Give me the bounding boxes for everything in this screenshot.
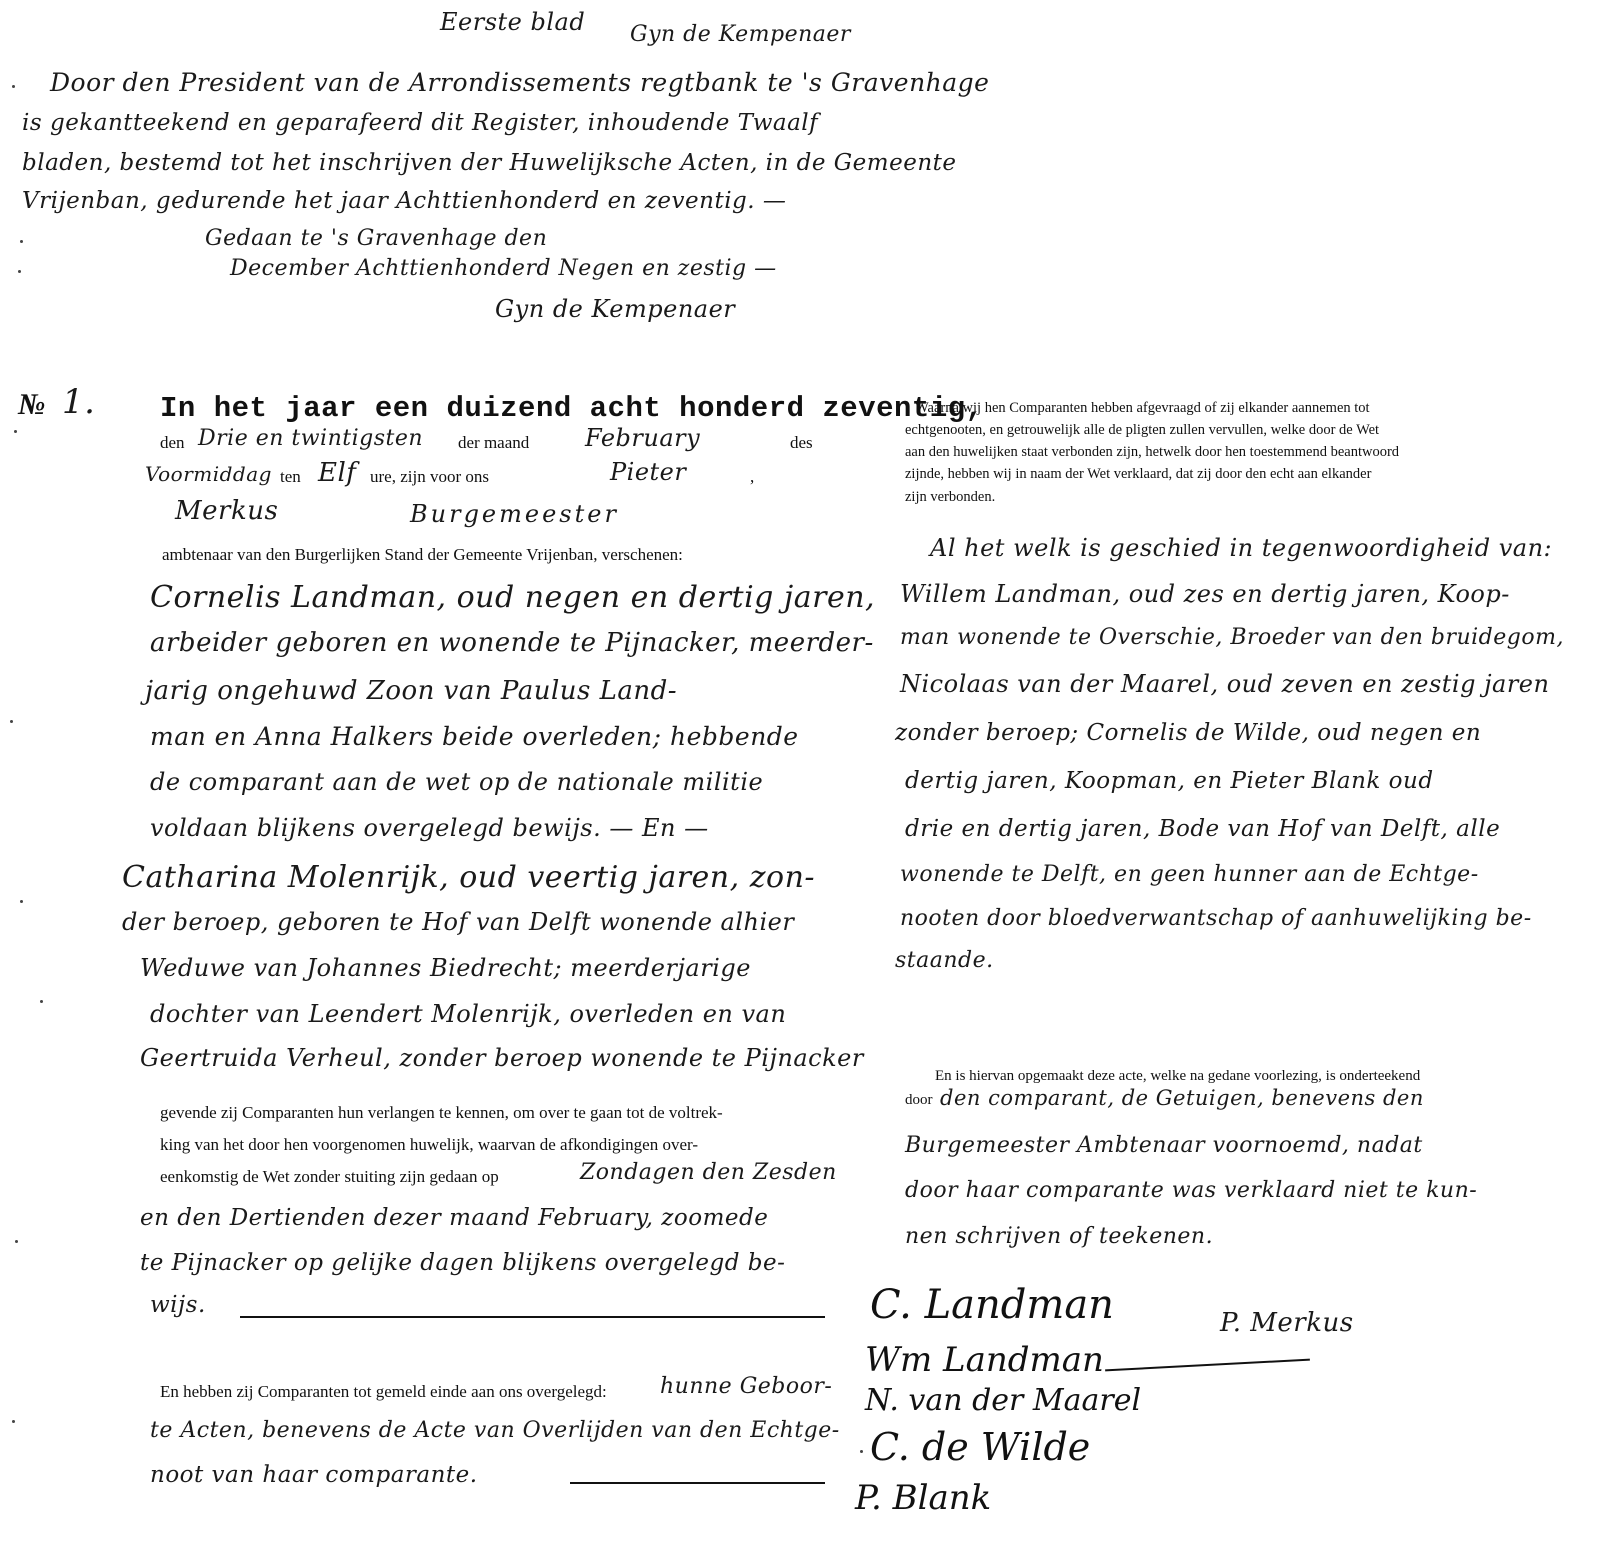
closing-rule [570,1482,825,1484]
corner-signature: Gyn de Kempenaer [630,22,851,47]
signature-witness: C. de Wilde [870,1425,1090,1469]
vows-line: Waarna wij hen Comparanten hebben afgevr… [915,400,1370,417]
witness-line: zonder beroep; Cornelis de Wilde, oud ne… [895,720,1481,746]
print-den: den [160,433,185,453]
party-line: voldaan blijkens overgelegd bewijs. — En… [150,814,709,842]
closing-line: En is hiervan opgemaakt deze acte, welke… [935,1068,1420,1085]
endorsement-line: Vrijenban, gedurende het jaar Achttienho… [22,188,786,214]
declaration-line: gevende zij Comparanten hun verlangen te… [160,1103,723,1123]
declaration-line: king van het door hen voorgenomen huweli… [160,1135,698,1155]
closing-hand: nen schrijven of teekenen. [905,1224,1213,1249]
witness-line: Nicolaas van der Maarel, oud zeven en ze… [900,670,1549,698]
endorsement-signature: Gyn de Kempenaer [495,295,735,323]
declaration-hand: Zondagen den Zesden [580,1160,837,1185]
witness-line: nooten door bloedverwantschap of aanhuwe… [900,906,1532,931]
closing-rule [240,1316,825,1318]
endorsement-line: Door den President van de Arrondissement… [50,68,989,97]
party-line: arbeider geboren en wonende te Pijnacker… [150,628,874,658]
endorsement-heading: Eerste blad [440,8,585,36]
official-title: Burgemeester [410,500,619,528]
documents-hand: noot van haar comparante. [150,1462,478,1488]
record-number-value: 1. [62,382,95,422]
party-line: Weduwe van Johannes Biedrecht; meerderja… [140,954,751,982]
vows-line: zijn verbonden. [905,489,995,506]
official-surname: Merkus [175,496,278,526]
endorsement-line: Gedaan te 's Gravenhage den [205,226,547,251]
vows-line: zijnde, hebben wij in naam der Wet verkl… [905,466,1371,483]
print-ure: ure, zijn voor ons [370,467,489,487]
party-line: der beroep, geboren te Hof van Delft won… [122,908,794,936]
witness-line: man wonende te Overschie, Broeder van de… [900,625,1564,650]
party-line: man en Anna Halkers beide overleden; heb… [150,722,799,751]
official-line: ambtenaar van den Burgerlijken Stand der… [162,545,683,565]
declaration-line: eenkomstig de Wet zonder stuiting zijn g… [160,1167,499,1187]
signature-groom: C. Landman [870,1282,1114,1328]
official-first-name: Pieter [610,458,686,486]
witness-line: wonende te Delft, en geen hunner aan de … [900,862,1479,887]
signature-witness: N. van der Maarel [865,1383,1141,1418]
marriage-day: Drie en twintigsten [198,426,423,451]
party-line: jarig ongehuwd Zoon van Paulus Land- [145,676,677,706]
record-number-label: № [18,388,45,422]
closing-hand: den comparant, de Getuigen, benevens den [940,1086,1424,1110]
vows-line: echtgenooten, en getrouwelijk alle de pl… [905,422,1379,439]
documents-hand: te Acten, benevens de Acte van Overlijde… [150,1418,840,1443]
party-line: Catharina Molenrijk, oud veertig jaren, … [122,860,815,895]
witness-line: staande. [895,948,994,973]
party-line: Cornelis Landman, oud negen en dertig ja… [150,580,875,615]
witness-line: drie en dertig jaren, Bode van Hof van D… [905,816,1500,842]
hour: Elf [318,458,356,488]
witness-line: dertig jaren, Koopman, en Pieter Blank o… [905,768,1434,794]
endorsement-line: bladen, bestemd tot het inschrijven der … [22,150,957,176]
party-line: de comparant aan de wet op de nationale … [150,768,763,796]
signature-witness: P. Blank [855,1478,991,1518]
print-comma: , [750,467,754,487]
endorsement-line: December Achttienhonderd Negen en zestig… [230,256,777,281]
closing-hand: Burgemeester Ambtenaar voornoemd, nadat [905,1133,1423,1158]
documents-hand: hunne Geboor- [660,1374,832,1399]
vows-line: aan den huwelijken staat verbonden zijn,… [905,444,1399,461]
signature-official: P. Merkus [1220,1308,1354,1338]
witness-line: Al het welk is geschied in tegenwoordigh… [930,534,1552,562]
closing-hand: door haar comparante was verklaard niet … [905,1178,1477,1203]
documents-line: En hebben zij Comparanten tot gemeld ein… [160,1382,607,1402]
party-line: Geertruida Verheul, zonder beroep wonend… [140,1044,864,1072]
declaration-hand: en den Dertienden dezer maand February, … [140,1205,768,1231]
print-ten: ten [280,467,301,487]
marriage-month: February [585,424,700,452]
endorsement-line: is gekantteekend en geparafeerd dit Regi… [22,110,818,136]
signature-flourish [1105,1359,1310,1371]
print-des: des [790,433,813,453]
print-der-maand: der maand [458,433,529,453]
closing-door: door [905,1092,933,1109]
signature-witness: Wm Landman [865,1340,1104,1380]
record-title: In het jaar een duizend acht honderd zev… [160,392,984,425]
party-line: dochter van Leendert Molenrijk, overlede… [150,1000,786,1028]
declaration-hand: te Pijnacker op gelijke dagen blijkens o… [140,1250,785,1276]
time-of-day: Voormiddag [145,462,272,486]
witness-line: Willem Landman, oud zes en dertig jaren,… [900,580,1510,608]
declaration-hand: wijs. [150,1292,206,1318]
